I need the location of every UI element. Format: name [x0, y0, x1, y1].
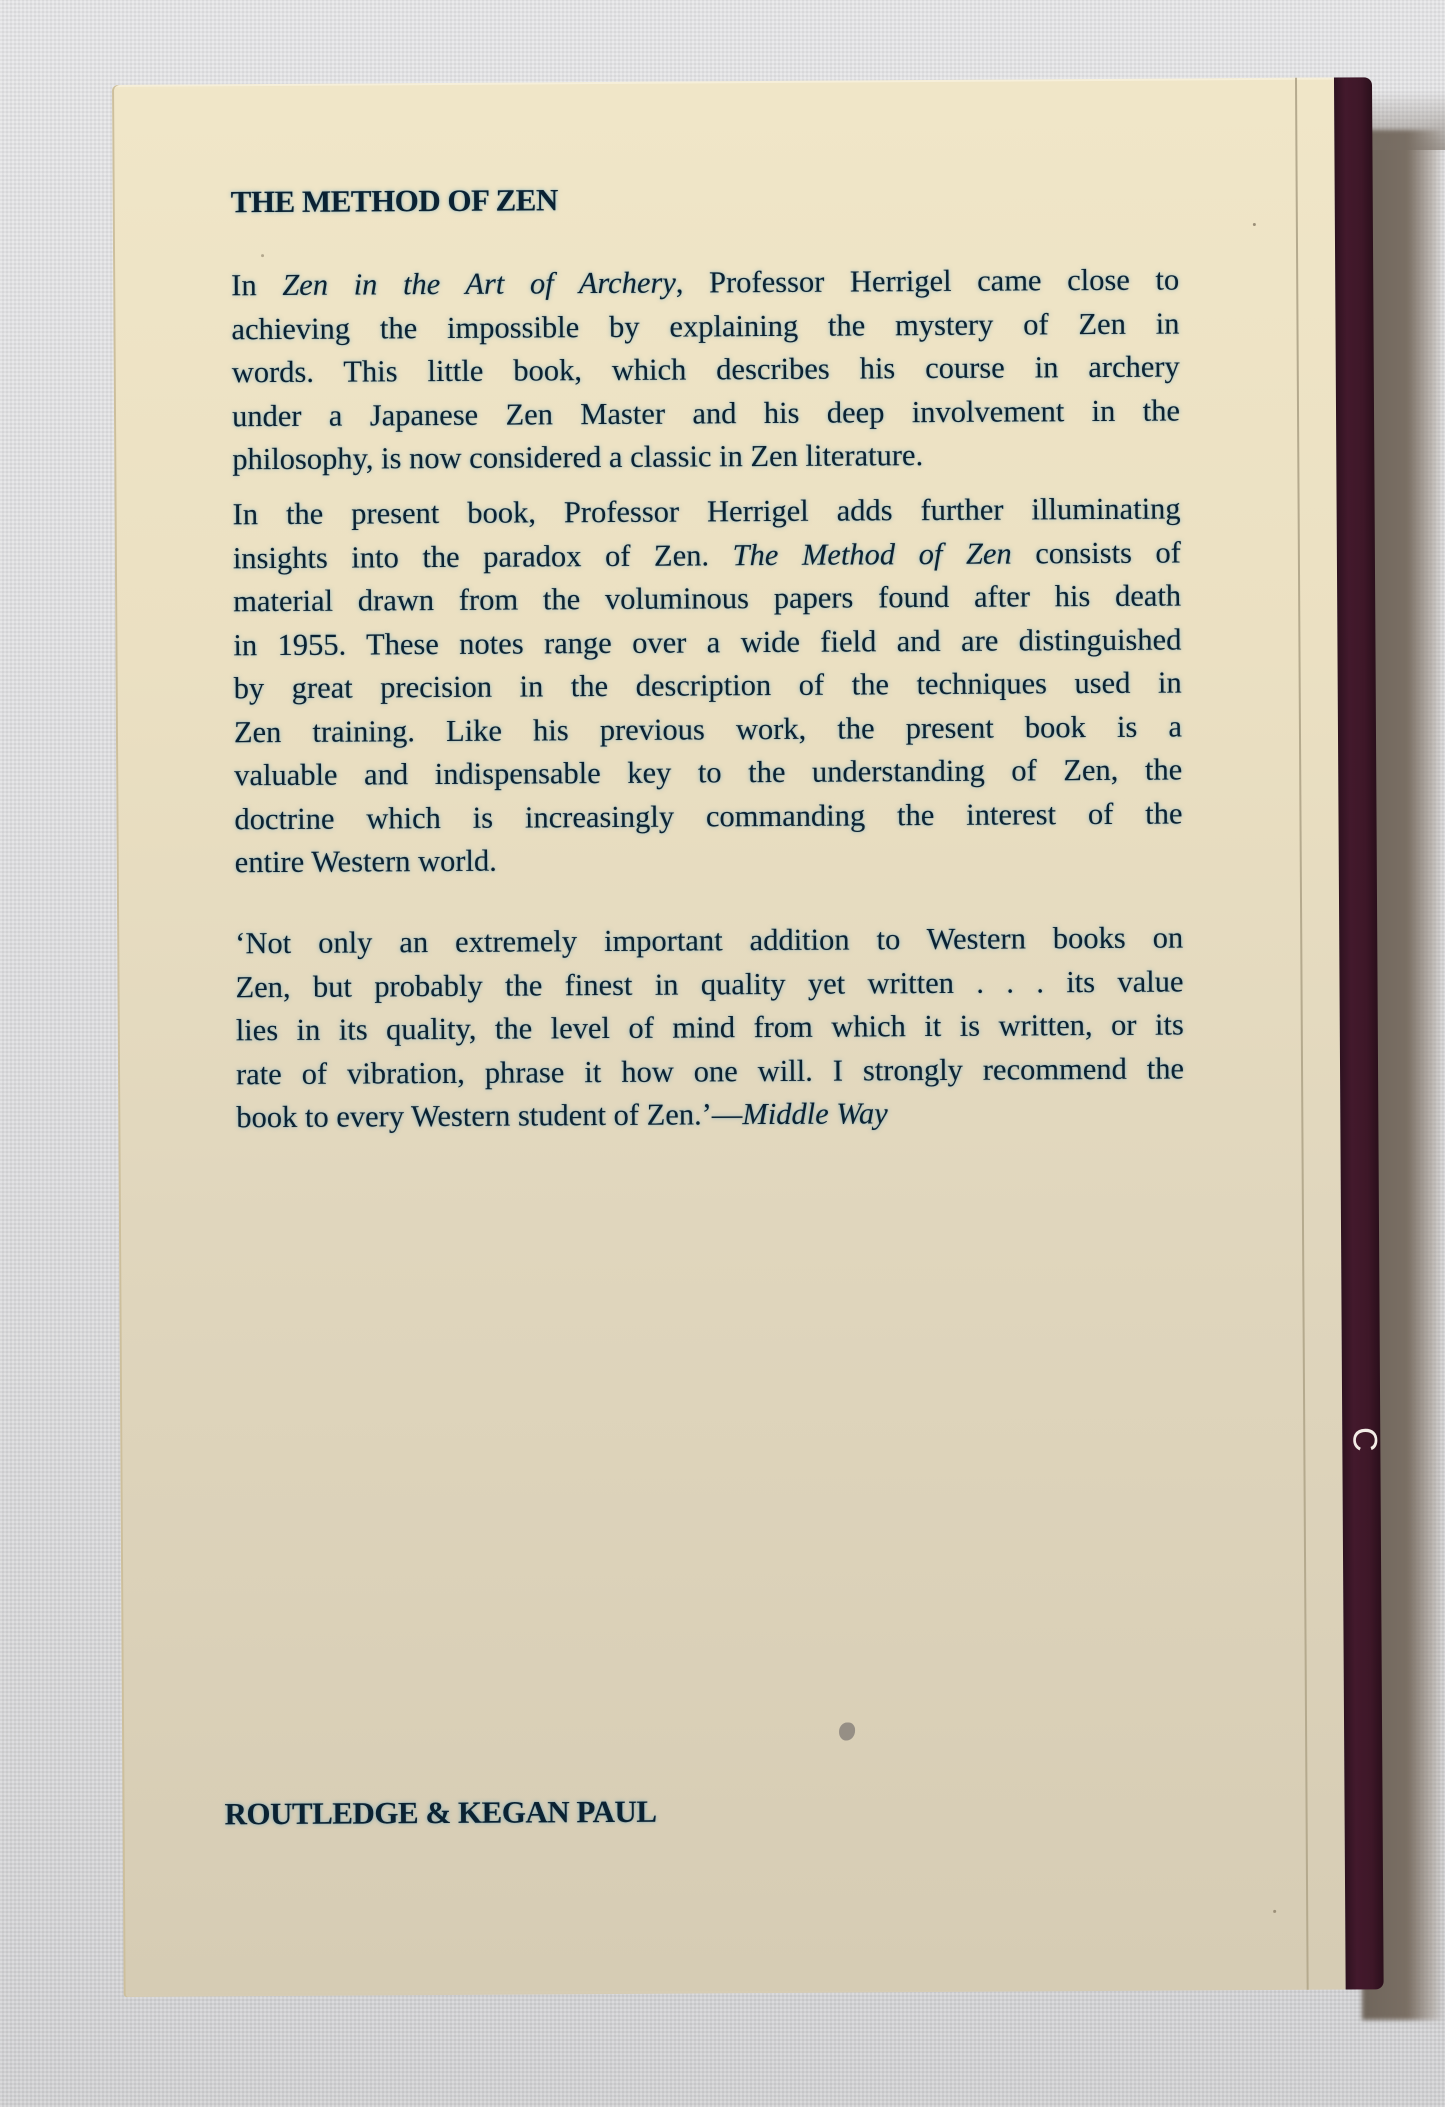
text-line: by great precision in the description of…	[234, 661, 1182, 710]
back-cover: THE METHOD OF ZEN In Zen in the Art of A…	[112, 78, 1346, 1997]
italic-title: The Method of Zen	[733, 536, 1012, 572]
text-line: under a Japanese Zen Master and his deep…	[232, 389, 1180, 438]
text-line: doctrine which is increasingly commandin…	[234, 792, 1182, 841]
cover-speck	[1273, 1910, 1276, 1913]
text-line: In Zen in the Art of Archery, Professor …	[231, 258, 1179, 307]
text-line: valuable and indispensable key to the un…	[234, 748, 1182, 797]
text-line: words. This little book, which describes…	[232, 345, 1180, 394]
blurb: THE METHOD OF ZEN In Zen in the Art of A…	[230, 78, 1180, 84]
italic-title: Zen in the Art of Archery	[282, 266, 676, 302]
text-line: material drawn from the voluminous paper…	[233, 574, 1181, 623]
text-line: in 1955. These notes range over a wide f…	[233, 618, 1181, 667]
publisher-name: ROUTLEDGE & KEGAN PAUL	[224, 1794, 656, 1833]
spine-letter: C	[1348, 1427, 1382, 1452]
text-line: philosophy, is now considered a classic …	[232, 432, 1180, 481]
review-quote: ‘Not only an extremely important additio…	[235, 916, 1184, 1139]
cover-speck	[1253, 223, 1256, 226]
blurb-paragraph-1: In Zen in the Art of Archery, Professor …	[231, 258, 1180, 481]
text-line: In the present book, Professor Herrigel …	[232, 487, 1180, 536]
text-line: ‘Not only an extremely important additio…	[235, 916, 1183, 965]
blurb-paragraph-2: In the present book, Professor Herrigel …	[232, 487, 1182, 884]
text-line: Zen, but probably the finest in quality …	[235, 960, 1183, 1009]
cover-blemish	[839, 1722, 855, 1740]
text-line: entire Western world.	[235, 835, 1183, 884]
text-line: lies in its quality, the level of mind f…	[236, 1003, 1184, 1052]
book: THE METHOD OF ZEN In Zen in the Art of A…	[112, 77, 1384, 1997]
book-shadow-top	[1362, 90, 1445, 150]
italic-title: Middle Way	[742, 1096, 888, 1131]
text-line: achieving the impossible by explaining t…	[231, 302, 1179, 351]
text-line: Zen training. Like his previous work, th…	[234, 705, 1182, 754]
text-line: rate of vibration, phrase it how one wil…	[236, 1047, 1184, 1096]
cover-heading: THE METHOD OF ZEN	[231, 182, 558, 220]
text-line: book to every Western student of Zen.’—M…	[236, 1090, 1184, 1139]
text-line: insights into the paradox of Zen. The Me…	[233, 531, 1181, 580]
cover-speck	[261, 254, 264, 257]
